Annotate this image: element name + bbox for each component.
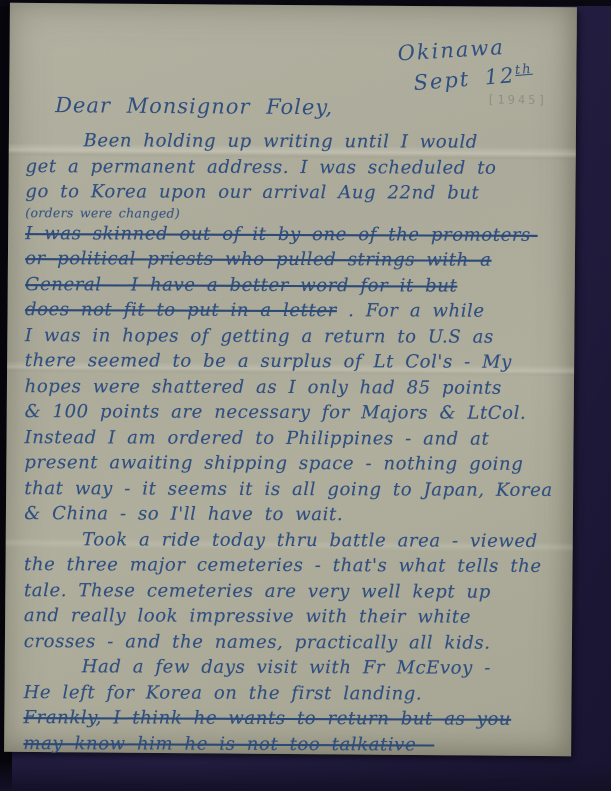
line-text: . For a while (337, 300, 485, 322)
line-text: I was in hopes of getting a return to U.… (25, 325, 494, 348)
line-text: that way - it seems it is all going to J… (24, 478, 552, 501)
letter-line: (orders were changed) (25, 205, 559, 223)
struck-text: does not fit to put in a letter (25, 299, 337, 321)
line-text: and really look impressive with their wh… (24, 605, 471, 628)
letter-line: there seemed to be a surplus of Lt Col's… (25, 348, 559, 375)
photo-background: Okinawa Sept 12th [1945] Dear Monsignor … (0, 0, 611, 791)
letter-line: present awaiting shipping space - nothin… (24, 450, 558, 477)
letter-line: Been holding up writing until I would (26, 128, 560, 155)
line-text: there seemed to be a surplus of Lt Col's… (25, 350, 512, 373)
letter-line: & 100 points are necessary for Majors & … (25, 399, 559, 426)
letter-body: Been holding up writing until I wouldget… (23, 128, 559, 758)
letter-line: may know him he is not too talkative - (23, 731, 557, 758)
letter-line: Frankly, I think he wants to return but … (23, 705, 557, 732)
line-text: get a permanent address. I was scheduled… (25, 156, 496, 179)
struck-text: or political priests who pulled strings … (25, 248, 491, 271)
line-text: present awaiting shipping space - nothin… (24, 452, 523, 475)
letter-line: & China - so I'll have to wait. (24, 501, 558, 528)
line-text: Took a ride today thru battle area - vie… (82, 529, 538, 552)
struck-text: Frankly, I think he wants to return but … (24, 707, 512, 730)
pencil-year-annotation: [1945] (487, 93, 548, 107)
letter-line: hopes were shattered as I only had 85 po… (25, 374, 559, 401)
letter-date: Sept 12th (413, 62, 534, 95)
line-text: (orders were changed) (25, 205, 180, 221)
letter-place: Okinawa (397, 35, 505, 66)
letter-line: Took a ride today thru battle area - vie… (24, 527, 558, 554)
line-text: & 100 points are necessary for Majors & … (25, 401, 527, 424)
letter-date-ordinal: th (514, 62, 533, 78)
letter-salutation: Dear Monsignor Foley, (55, 93, 333, 119)
letter-line: He left for Korea on the first landing. (24, 680, 558, 707)
letter-line: that way - it seems it is all going to J… (24, 476, 558, 503)
letter-line: the three major cemeteries - that's what… (24, 552, 558, 579)
line-text: Instead I am ordered to Philippines - an… (24, 427, 489, 450)
letter-line: I was in hopes of getting a return to U.… (25, 323, 559, 350)
line-text: tale. These cemeteries are very well kep… (24, 580, 491, 603)
letter-line: and really look impressive with their wh… (24, 603, 558, 630)
letter-line: Instead I am ordered to Philippines - an… (24, 425, 558, 452)
letter-line: get a permanent address. I was scheduled… (25, 154, 559, 181)
backdrop-bottom-shadow (0, 761, 611, 791)
letter-line: tale. These cemeteries are very well kep… (24, 578, 558, 605)
line-text: Been holding up writing until I would (84, 130, 478, 152)
struck-text: may know him he is not too talkative - (23, 733, 434, 755)
line-text: crosses - and the names, practically all… (24, 631, 491, 654)
struck-text: General - I have a better word for it bu… (25, 274, 457, 297)
letter-line: Had a few days visit with Fr McEvoy - (24, 654, 558, 681)
line-text: He left for Korea on the first landing. (24, 682, 423, 704)
letter-line: crosses - and the names, practically all… (24, 629, 558, 656)
line-text: the three major cemeteries - that's what… (24, 554, 542, 577)
letter-line: General - I have a better word for it bu… (25, 272, 559, 299)
letter-line: go to Korea upon our arrival Aug 22nd bu… (25, 179, 559, 206)
line-text: go to Korea upon our arrival Aug 22nd bu… (25, 181, 479, 204)
letter-line: does not fit to put in a letter . For a … (25, 297, 559, 324)
letter-line: or political priests who pulled strings … (25, 246, 559, 273)
letter-paper: Okinawa Sept 12th [1945] Dear Monsignor … (4, 3, 577, 756)
letter-date-text: Sept 12 (413, 63, 517, 95)
line-text: hopes were shattered as I only had 85 po… (25, 376, 502, 399)
struck-text: I was skinned out of it by one of the pr… (25, 223, 537, 246)
line-text: Had a few days visit with Fr McEvoy - (82, 656, 491, 678)
letter-line: I was skinned out of it by one of the pr… (25, 221, 559, 248)
line-text: & China - so I'll have to wait. (24, 503, 343, 525)
